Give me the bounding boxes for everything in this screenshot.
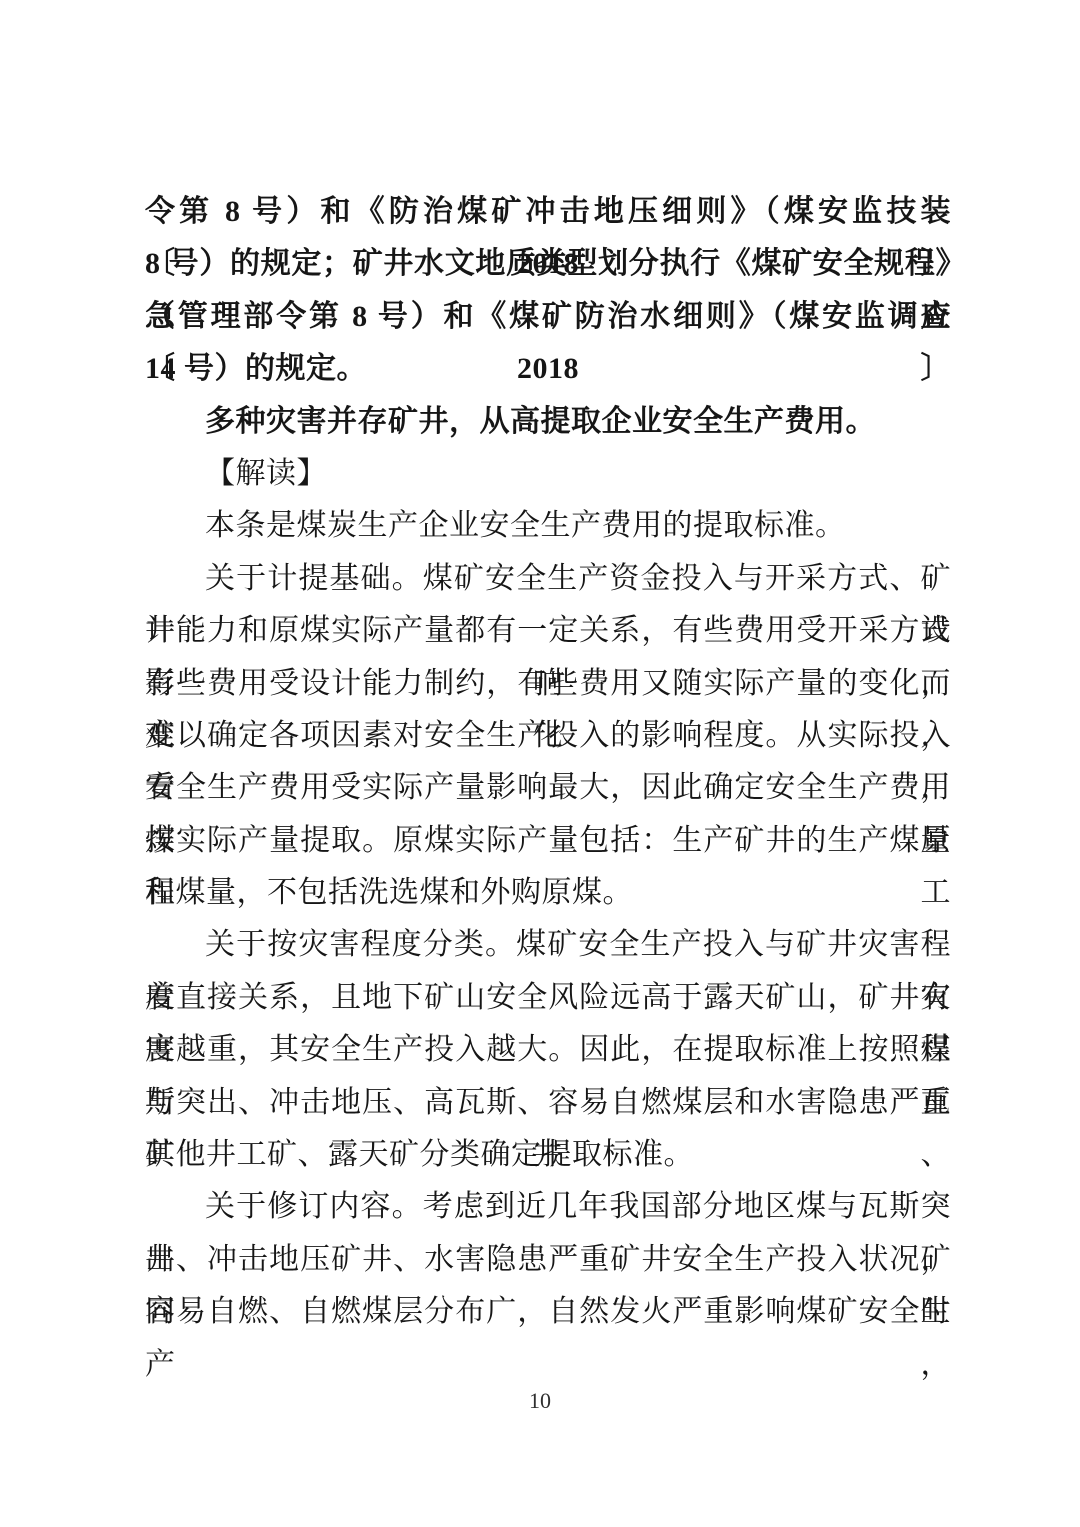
text-line: 斯突出、冲击地压、高瓦斯、容易自燃煤层和水害隐患严重矿井、: [145, 1077, 951, 1129]
text-line: 容易自燃、自燃煤层分布广，自然发火严重影响煤矿安全生产，: [145, 1286, 951, 1338]
text-line: 【解读】: [145, 448, 951, 500]
text-line: 本条是煤炭生产企业安全生产费用的提取标准。: [145, 500, 951, 552]
text-line: 有些费用受设计能力制约，有些费用又随实际产量的变化而变化，: [145, 658, 951, 710]
text-line: 度越重，其安全生产投入越大。因此，在提取标准上按照煤与瓦: [145, 1024, 951, 1076]
text-line: 关于修订内容。考虑到近几年我国部分地区煤与瓦斯突出矿: [145, 1181, 951, 1233]
text-line: 安全生产费用受实际产量影响最大，因此确定安全生产费用按原: [145, 762, 951, 814]
document-page: 令第 8 号）和《防治煤矿冲击地压细则》（煤安监技装〔2018〕8 号）的规定；…: [0, 0, 1080, 1527]
text-line: 着直接关系，且地下矿山安全风险远高于露天矿山，矿井灾害程: [145, 972, 951, 1024]
text-line: 令第 8 号）和《防治煤矿冲击地压细则》（煤安监技装〔2018〕: [145, 186, 951, 238]
text-line: 井、冲击地压矿井、水害隐患严重矿井安全生产投入状况，同时: [145, 1234, 951, 1286]
text-line: 计能力和原煤实际产量都有一定关系，有些费用受开采方式影响，: [145, 605, 951, 657]
text-line: 难以确定各项因素对安全生产投入的影响程度。从实际投入看，: [145, 710, 951, 762]
text-line: 关于按灾害程度分类。煤矿安全生产投入与矿井灾害程度有: [145, 919, 951, 971]
document-body: 令第 8 号）和《防治煤矿冲击地压细则》（煤安监技装〔2018〕8 号）的规定；…: [145, 186, 951, 1339]
text-line: 关于计提基础。煤矿安全生产资金投入与开采方式、矿井设: [145, 553, 951, 605]
text-line: 煤实际产量提取。原煤实际产量包括：生产矿井的生产煤量和工: [145, 815, 951, 867]
text-line: 急管理部令第 8 号）和《煤矿防治水细则》（煤安监调查〔2018〕: [145, 291, 951, 343]
text-line: 多种灾害并存矿井，从高提取企业安全生产费用。: [145, 396, 951, 448]
page-number: 10: [0, 1388, 1080, 1414]
text-line: 8 号）的规定；矿井水文地质类型划分执行《煤矿安全规程》（应: [145, 238, 951, 290]
